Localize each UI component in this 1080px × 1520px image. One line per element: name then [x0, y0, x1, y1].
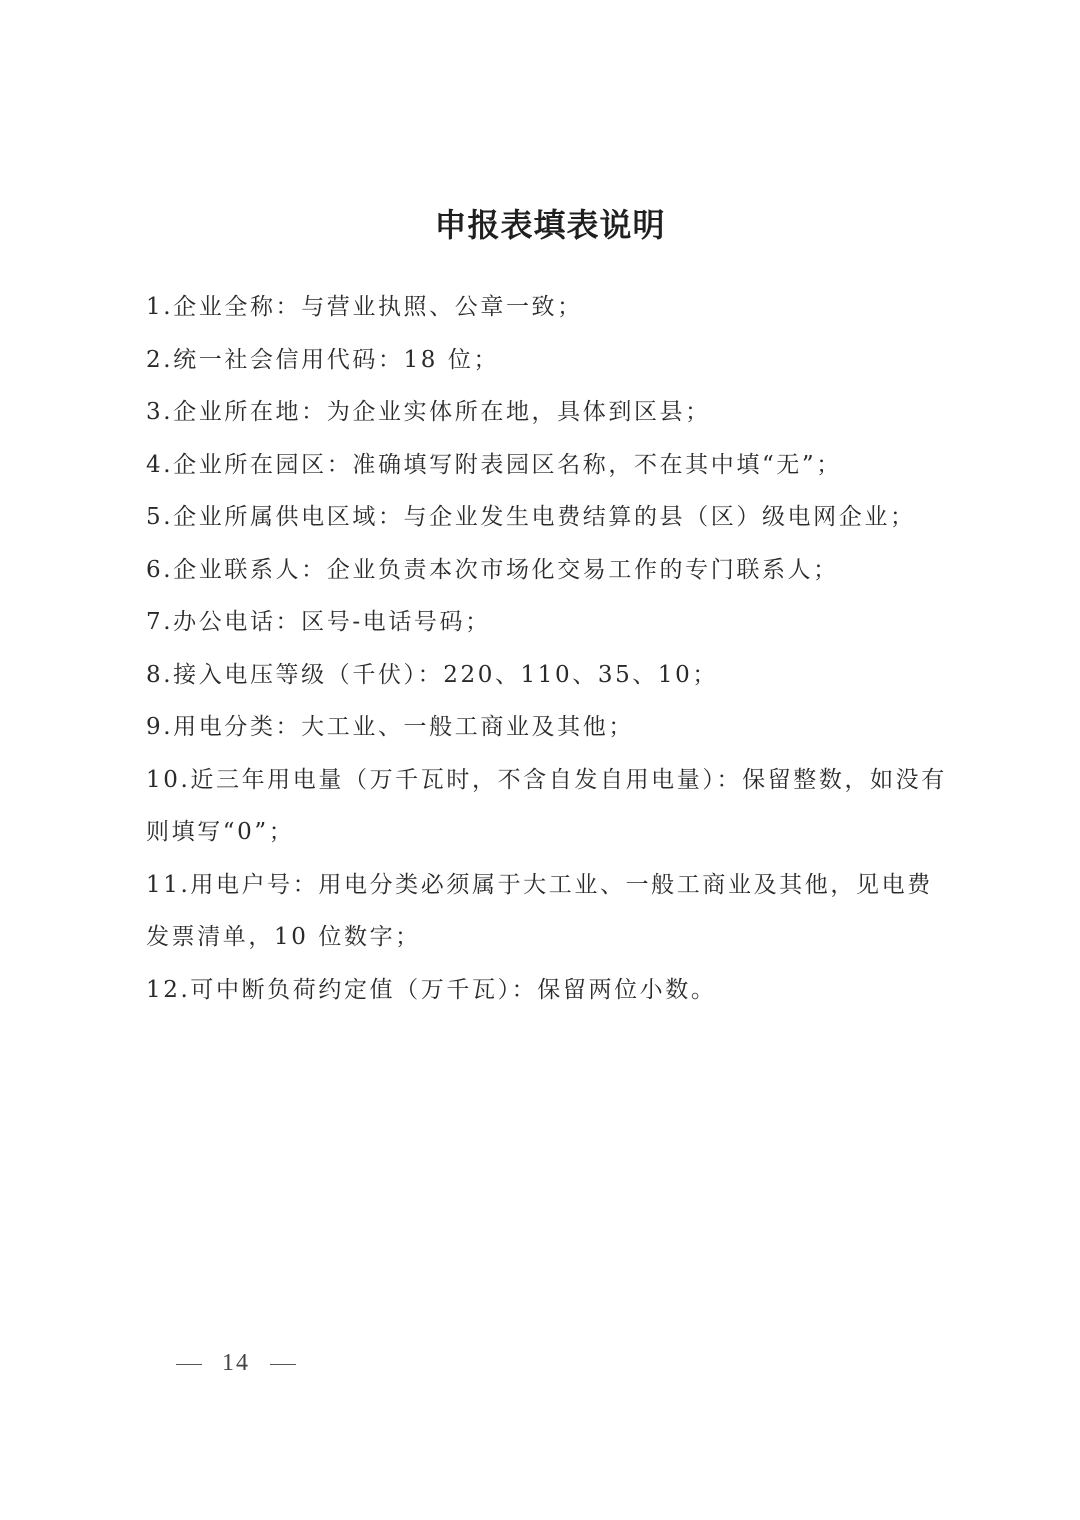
instruction-item-12: 12.可中断负荷约定值（万千瓦）：保留两位小数。 — [146, 964, 956, 1017]
instruction-item-9: 9.用电分类：大工业、一般工商业及其他； — [146, 701, 956, 754]
instruction-item-11: 11.用电户号：用电分类必须属于大工业、一般工商业及其他，见电费发票清单，10 … — [146, 859, 956, 964]
dash-left — [176, 1364, 202, 1366]
instruction-item-7: 7.办公电话：区号-电话号码； — [146, 596, 956, 649]
document-title: 申报表填表说明 — [0, 200, 1080, 246]
instruction-item-8: 8.接入电压等级（千伏）：220、110、35、10； — [146, 649, 956, 702]
instruction-item-3: 3.企业所在地：为企业实体所在地，具体到区县； — [146, 386, 956, 439]
document-page: 申报表填表说明 1.企业全称：与营业执照、公章一致； 2.统一社会信用代码：18… — [0, 0, 1080, 1520]
dash-right — [270, 1364, 296, 1366]
instruction-item-4: 4.企业所在园区：准确填写附表园区名称，不在其中填“无”； — [146, 439, 956, 492]
instruction-item-5: 5.企业所属供电区域：与企业发生电费结算的县（区）级电网企业； — [146, 491, 956, 544]
page-number: 14 — [222, 1350, 250, 1376]
instruction-item-2: 2.统一社会信用代码：18 位； — [146, 334, 956, 387]
instruction-item-1: 1.企业全称：与营业执照、公章一致； — [146, 281, 956, 334]
instruction-item-6: 6.企业联系人：企业负责本次市场化交易工作的专门联系人； — [146, 544, 956, 597]
instruction-list: 1.企业全称：与营业执照、公章一致； 2.统一社会信用代码：18 位； 3.企业… — [146, 281, 956, 1016]
instruction-item-10: 10.近三年用电量（万千瓦时，不含自发自用电量）：保留整数，如没有则填写“0”； — [146, 754, 956, 859]
page-footer: 14 — [176, 1350, 296, 1377]
